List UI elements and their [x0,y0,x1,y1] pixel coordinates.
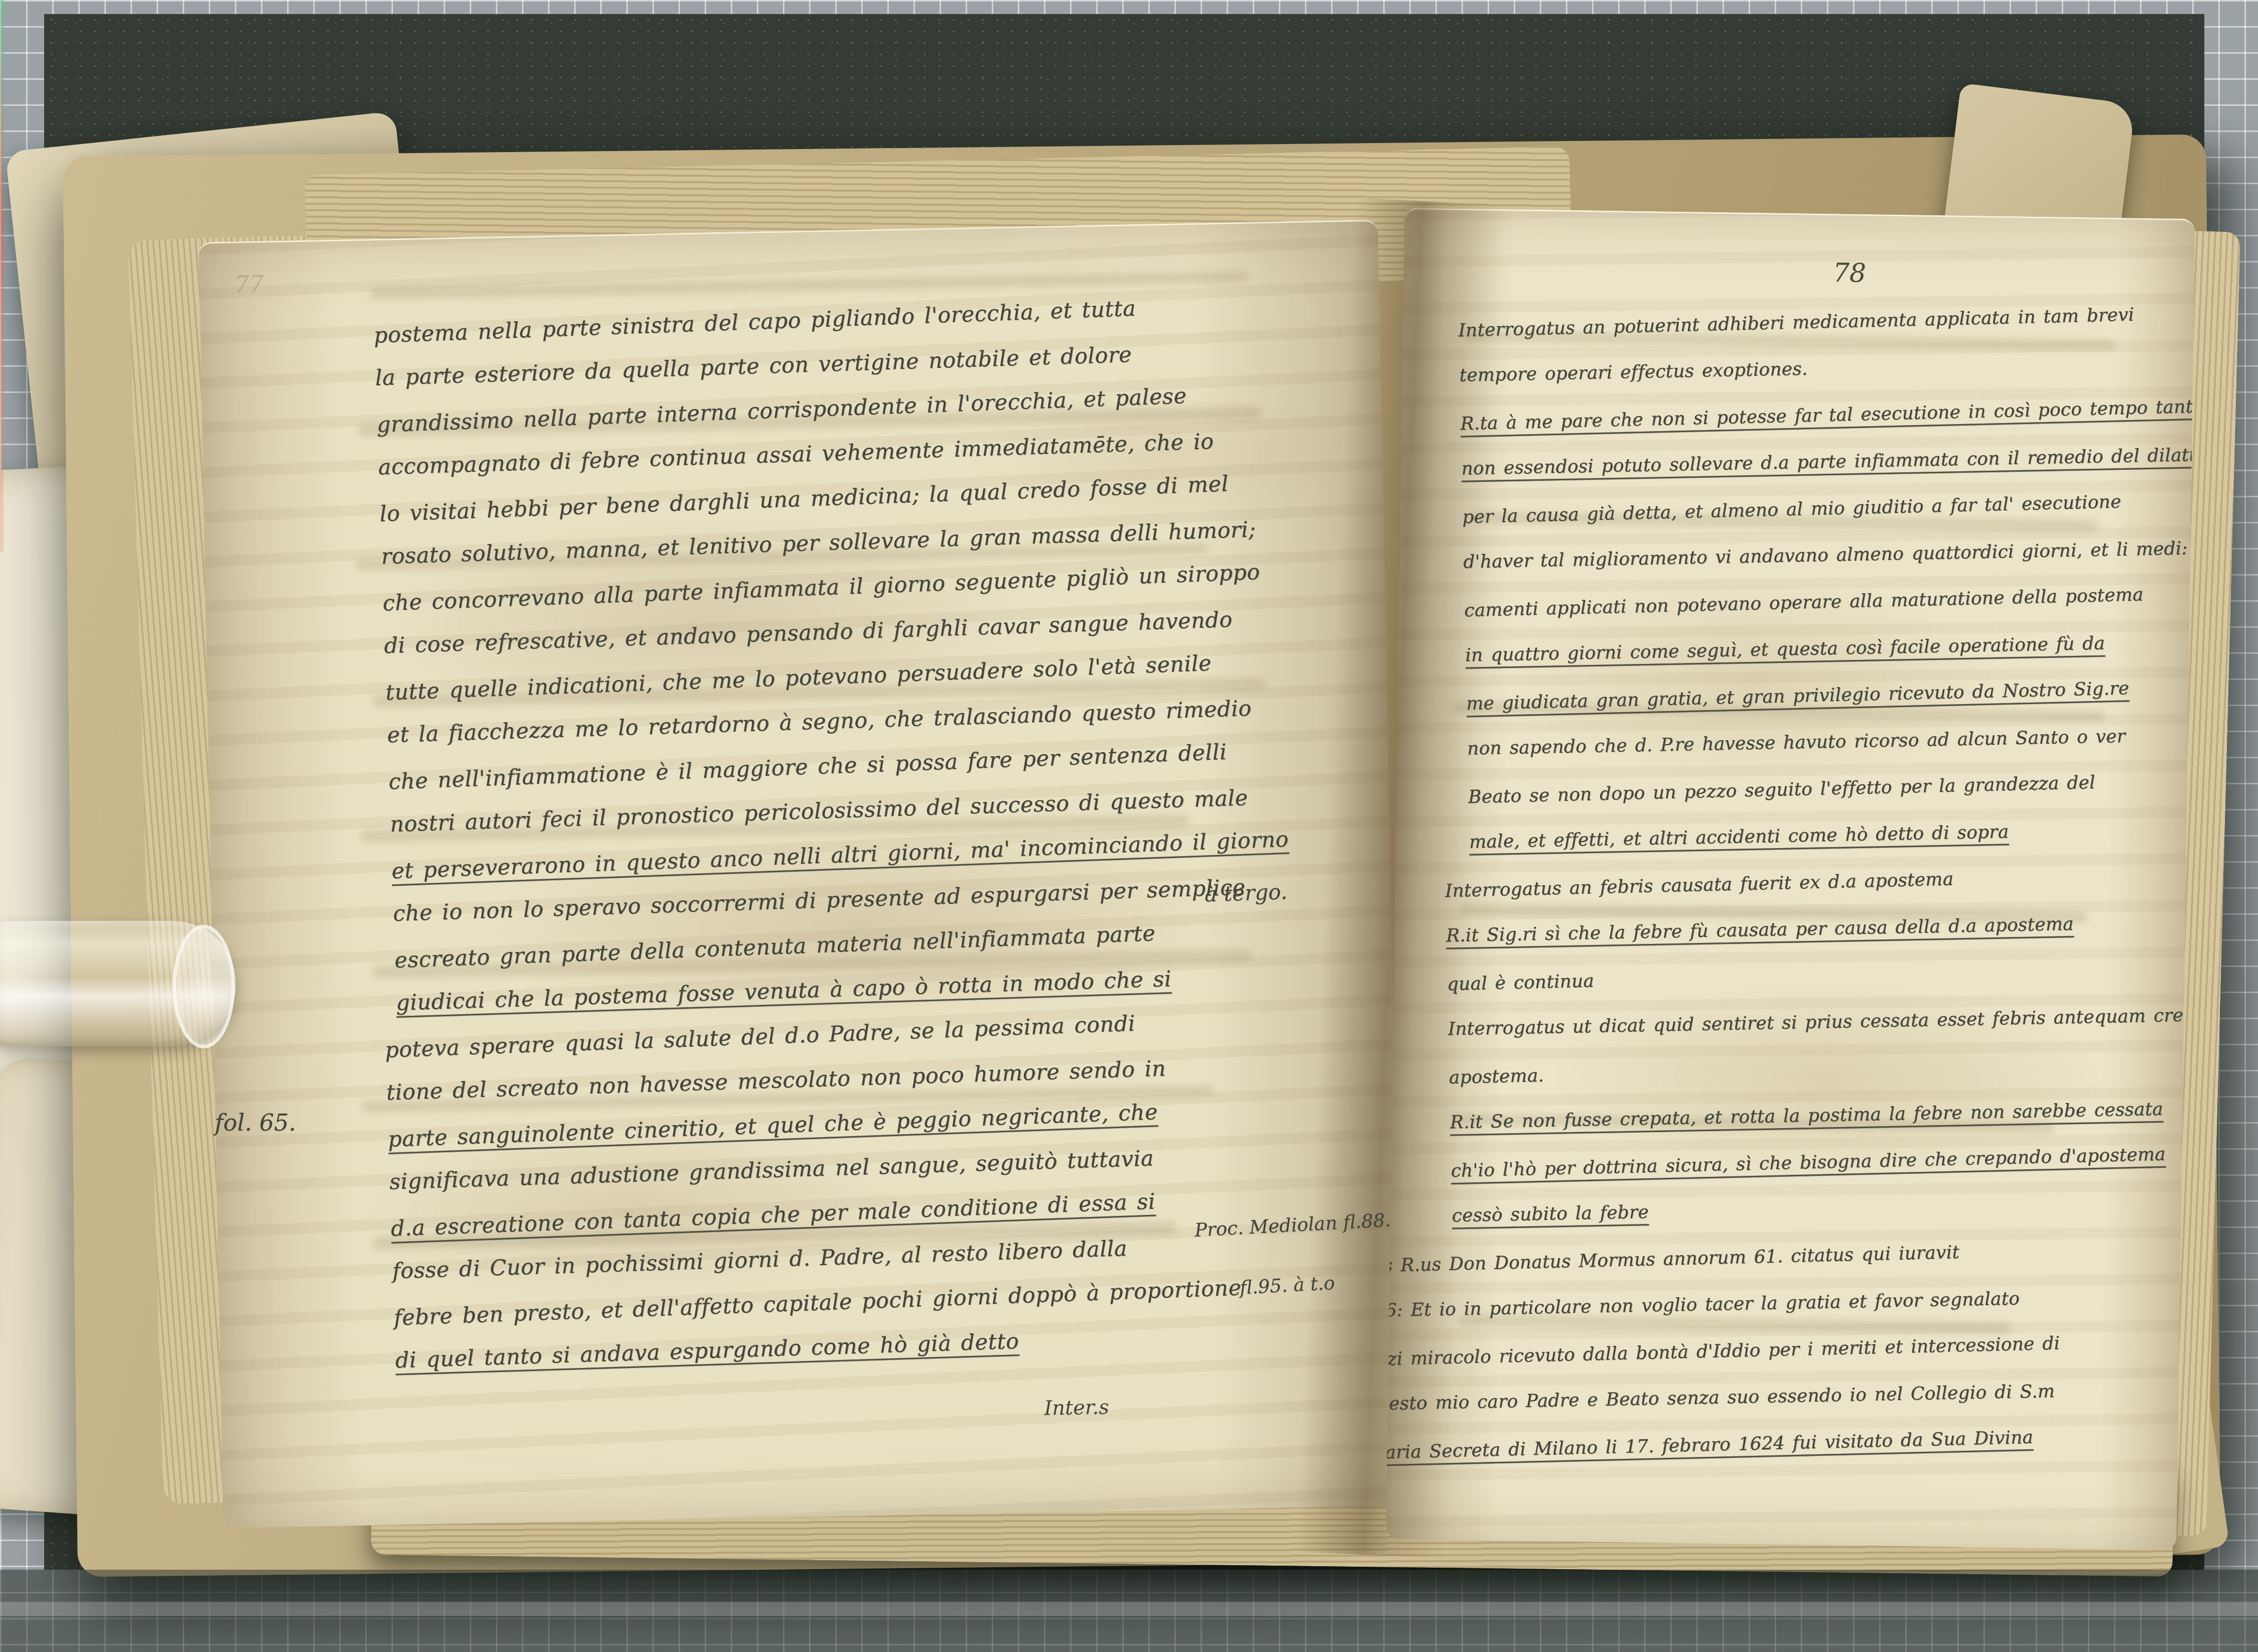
catchword: Inter.s [1044,1396,1109,1420]
margin-note-a-tergo: à tergo. [1204,879,1288,907]
right-page-text: Interrogatus an potuerint adhiberi medic… [1458,303,2195,1486]
right-manuscript-page: 78 Interrogatus an potuerint adhiberi me… [1386,208,2195,1550]
left-manuscript-page: 77 postema nella parte sinistra del capo… [199,220,1403,1529]
left-page-text: postema nella parte sinistra del capo pi… [373,292,1306,1393]
page-number-78: 78 [1832,258,1866,289]
page-number-ghost-77: 77 [234,270,264,298]
copy-stand-grid-board: 77 postema nella parte sinistra del capo… [0,0,2258,1652]
bottom-grid-shadow [0,1570,2258,1652]
margin-note-folio: fol. 65. [215,1109,296,1136]
ink-bleed-ghost [370,271,1248,300]
glass-rod-page-weight [0,921,236,1046]
scan-edge-fringe [0,0,4,552]
